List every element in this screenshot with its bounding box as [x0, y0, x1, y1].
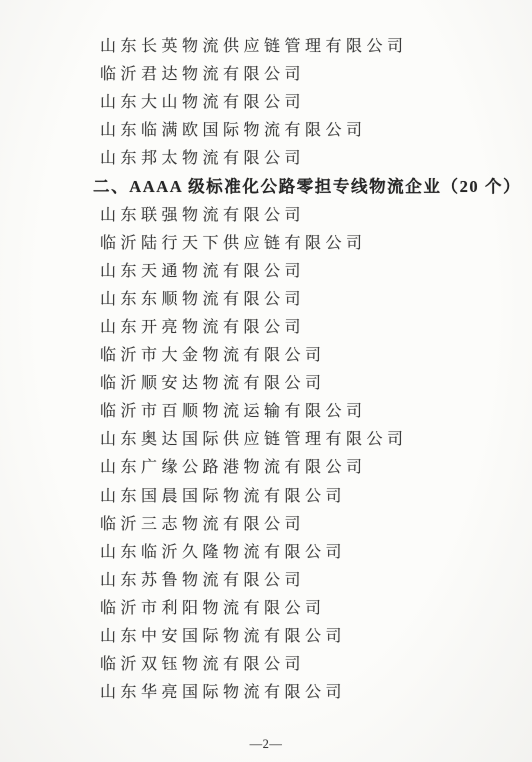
document-body: 山东长英物流供应链管理有限公司 临沂君达物流有限公司 山东大山物流有限公司 山东…: [0, 33, 532, 707]
company-line: 山东长英物流供应链管理有限公司: [0, 33, 532, 61]
company-line: 山东苏鲁物流有限公司: [0, 567, 532, 595]
company-line: 临沂市利阳物流有限公司: [0, 595, 532, 623]
company-line: 临沂市大金物流有限公司: [0, 342, 532, 370]
company-line: 临沂君达物流有限公司: [0, 61, 532, 89]
company-line: 山东大山物流有限公司: [0, 89, 532, 117]
company-line: 山东奥达国际供应链管理有限公司: [0, 426, 532, 454]
company-line: 临沂三志物流有限公司: [0, 511, 532, 539]
company-line: 山东临沂久隆物流有限公司: [0, 539, 532, 567]
company-line: 山东天通物流有限公司: [0, 258, 532, 286]
company-line: 临沂陆行天下供应链有限公司: [0, 230, 532, 258]
company-line: 临沂顺安达物流有限公司: [0, 370, 532, 398]
company-line: 山东邦太物流有限公司: [0, 145, 532, 173]
section-heading: 二、AAAA 级标准化公路零担专线物流企业（20 个）: [0, 173, 532, 201]
company-line: 临沂市百顺物流运输有限公司: [0, 398, 532, 426]
company-line: 山东中安国际物流有限公司: [0, 623, 532, 651]
company-line: 山东临满欧国际物流有限公司: [0, 117, 532, 145]
company-line: 山东华亮国际物流有限公司: [0, 679, 532, 707]
company-line: 山东东顺物流有限公司: [0, 286, 532, 314]
company-line: 山东国晨国际物流有限公司: [0, 483, 532, 511]
document-page: 山东长英物流供应链管理有限公司 临沂君达物流有限公司 山东大山物流有限公司 山东…: [0, 0, 532, 762]
page-number: —2—: [0, 737, 532, 752]
company-line: 山东联强物流有限公司: [0, 202, 532, 230]
company-line: 山东开亮物流有限公司: [0, 314, 532, 342]
company-line: 临沂双钰物流有限公司: [0, 651, 532, 679]
company-line: 山东广缘公路港物流有限公司: [0, 454, 532, 482]
